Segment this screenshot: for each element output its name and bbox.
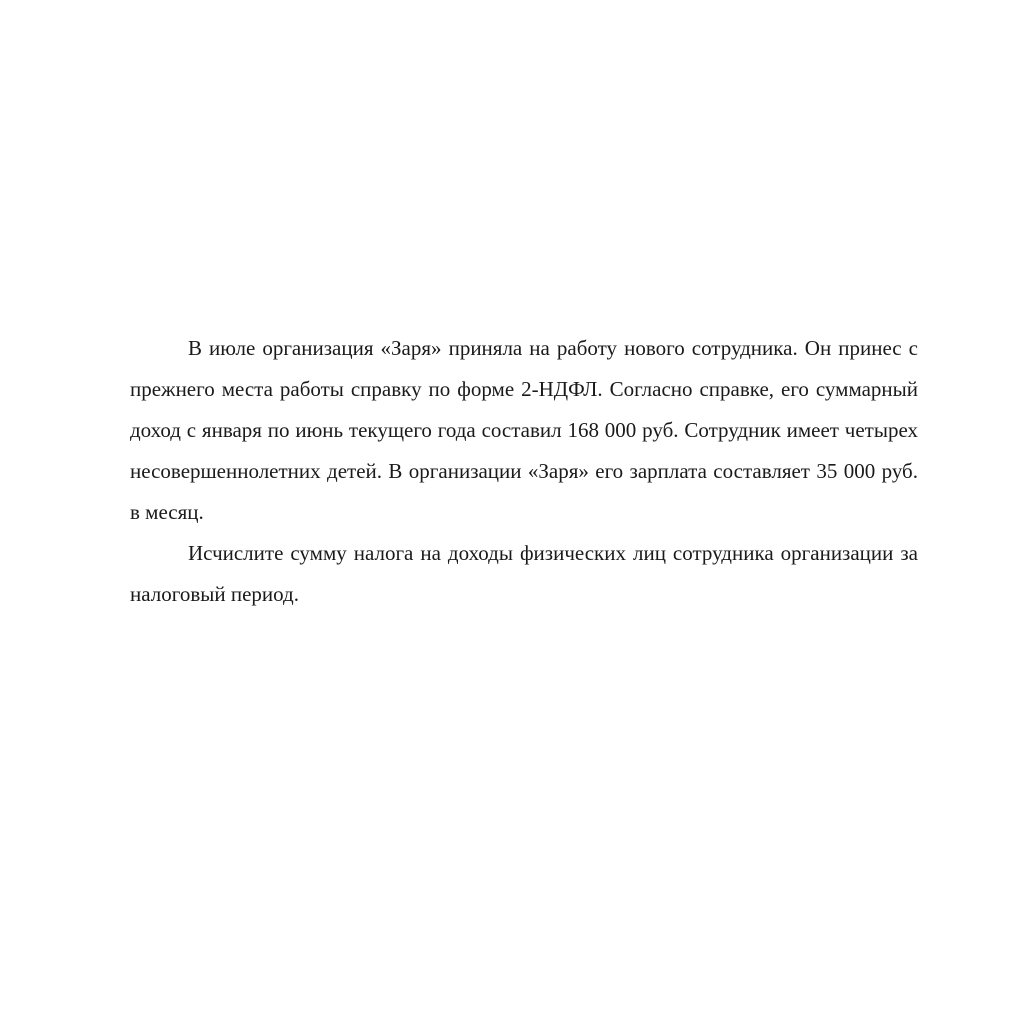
task-question-paragraph: Исчислите сумму налога на доходы физичес… <box>130 533 918 615</box>
task-condition-paragraph: В июле организация «Заря» приняла на раб… <box>130 328 918 533</box>
document-page: В июле организация «Заря» приняла на раб… <box>130 328 918 615</box>
